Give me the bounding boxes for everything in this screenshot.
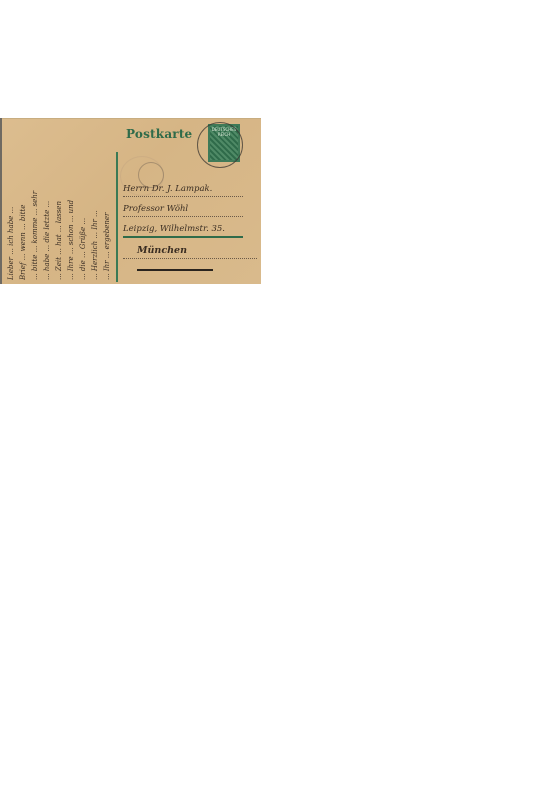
address-line-recipient: Herrn Dr. J. Lampak. [123, 182, 243, 197]
message-line: ... die ... Grüße ... [78, 122, 88, 280]
message-line: ... Ihr ... ergebener [102, 122, 112, 280]
message-line: Brief ... wenn ... bitte [18, 122, 28, 280]
postcard-title: Postkarte [126, 127, 192, 141]
message-line: Lieber ... ich habe ... [6, 122, 16, 280]
message-address-divider [116, 152, 118, 282]
card-edge-shadow [0, 118, 2, 284]
postmark-icon [197, 122, 243, 168]
message-line: ... bitte ... komme ... sehr [30, 122, 40, 280]
message-line: ... habe ... die letzte ... [42, 122, 52, 280]
handwritten-message: Lieber ... ich habe ... Brief ... wenn .… [4, 122, 112, 280]
address-line-title: Professor Wöhl [123, 202, 243, 217]
message-line: ... Zeit ... hat ... lassen [54, 122, 64, 280]
address-line-city: München [123, 244, 257, 259]
city-underline [137, 269, 213, 271]
message-line: ... Ihre ... schon ... und [66, 122, 76, 280]
postcard: Lieber ... ich habe ... Brief ... wenn .… [0, 118, 261, 284]
address-line-street: Leipzig, Wilhelmstr. 35. [123, 222, 243, 238]
message-line: ... Herzlich ... Ihr ... [90, 122, 100, 280]
